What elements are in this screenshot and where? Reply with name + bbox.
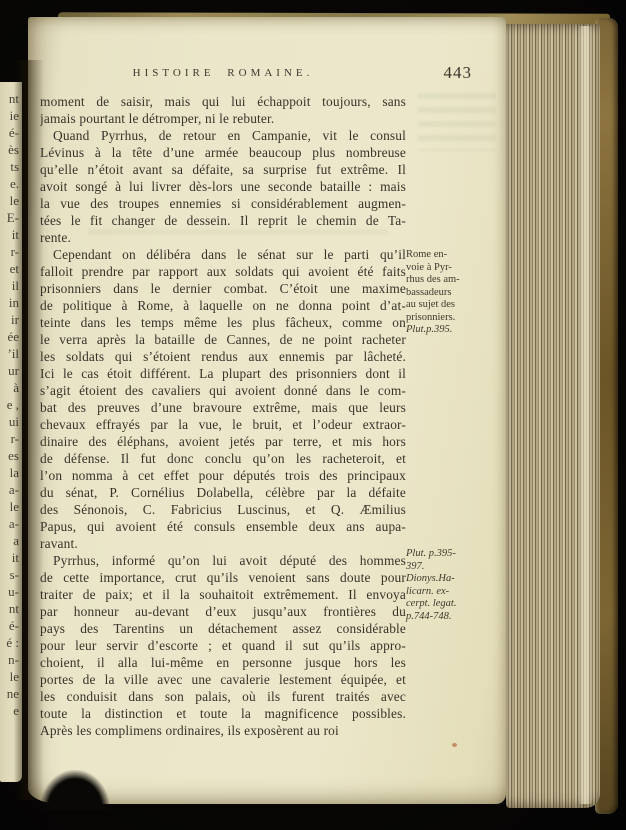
text-line: pays des Tarentins un détachement assez … bbox=[40, 620, 406, 637]
text-line: le verra après la bataille de Cannes, de… bbox=[40, 331, 406, 348]
facing-page-fragment: it bbox=[1, 226, 19, 243]
text-line: l’on nomma à cet effet pour députés troi… bbox=[40, 467, 406, 484]
facing-page-fragment: ur bbox=[1, 362, 19, 379]
facing-page-fragment: es bbox=[1, 447, 19, 464]
text-line: bat des preuves d’une bravoure extrême, … bbox=[40, 399, 406, 416]
text-line: les soldats qui s’étoient rendus aux enn… bbox=[40, 348, 406, 365]
margin-note-line: voie à Pyr- bbox=[406, 262, 486, 275]
bleed-through-ghost bbox=[418, 93, 496, 151]
facing-page-fragment: a- bbox=[1, 515, 19, 532]
book-photo: ntieé-èstse.leE-itr-etilinirée’iluràe ,u… bbox=[0, 0, 626, 830]
facing-page-fragment: é- bbox=[1, 617, 19, 634]
facing-page-fragment: il bbox=[1, 277, 19, 294]
facing-page-fragment: r- bbox=[1, 430, 19, 447]
facing-page-fragment: ui bbox=[1, 413, 19, 430]
text-line: la vue des troupes ennemies si considéra… bbox=[40, 195, 406, 212]
facing-page-fragment: nt bbox=[1, 90, 19, 107]
margin-note-citation-line: Plut. p.395- bbox=[406, 548, 486, 561]
facing-page-fragment: ée bbox=[1, 328, 19, 345]
running-title: HISTOIRE ROMAINE. bbox=[40, 67, 406, 79]
text-line: moment de saisir, mais qui lui échappoit… bbox=[40, 93, 406, 110]
facing-page-fragment: é- bbox=[1, 124, 19, 141]
text-line: portes de la ville avec une cavalerie le… bbox=[40, 671, 406, 688]
text-line: prisonniers dans le dernier combat. C’ét… bbox=[40, 280, 406, 297]
text-line: s’agit étoient des cavaliers qui avoient… bbox=[40, 382, 406, 399]
text-line: de cette importance, crut qu’ils venoien… bbox=[40, 569, 406, 586]
facing-page-fragment: ie bbox=[1, 107, 19, 124]
margin-note-citation-line: 397. bbox=[406, 561, 486, 574]
text-line: choient, il alla lui-même en personne ju… bbox=[40, 654, 406, 671]
facing-page-fragment: ne bbox=[1, 685, 19, 702]
text-line: les conduisit dans son palais, où ils fu… bbox=[40, 688, 406, 705]
facing-page-fragment: in bbox=[1, 294, 19, 311]
text-line: jamais pourtant le détromper, ni le rebu… bbox=[40, 110, 406, 127]
running-header: HISTOIRE ROMAINE. bbox=[40, 67, 406, 79]
facing-page-fragment: it bbox=[1, 549, 19, 566]
paragraph: Quand Pyrrhus, de retour en Campanie, vi… bbox=[40, 127, 406, 246]
facing-page-fragment: é : bbox=[1, 634, 19, 651]
facing-page-fragment: le bbox=[1, 668, 19, 685]
text-line: Quand Pyrrhus, de retour en Campanie, vi… bbox=[40, 127, 406, 144]
margin-note-citation-line: Dionys.Ha- bbox=[406, 573, 486, 586]
text-line: Après les complimens ordinaires, ils exp… bbox=[40, 722, 406, 739]
text-line: rente. bbox=[40, 229, 406, 246]
facing-page-fragment: e bbox=[1, 702, 19, 719]
text-line: Ici le cas étoit différent. La plupart d… bbox=[40, 365, 406, 382]
text-line: avoit songé à lui livrer dès-lors une se… bbox=[40, 178, 406, 195]
fore-edge-highlight bbox=[578, 26, 592, 804]
text-line: de défense. Il fut donc conclu qu’on les… bbox=[40, 450, 406, 467]
facing-page-fragment: a- bbox=[1, 481, 19, 498]
paper-stain bbox=[452, 743, 457, 747]
facing-page-fragment: ès bbox=[1, 141, 19, 158]
text-line: Papus, qui avoient été consuls ensemble … bbox=[40, 518, 406, 535]
text-line: ravant. bbox=[40, 535, 406, 552]
paragraph: Cependant on délibéra dans le sénat sur … bbox=[40, 246, 406, 552]
facing-page-fragment: le bbox=[1, 192, 19, 209]
text-line: du sénat, P. Cornélius Dolabella, célèbr… bbox=[40, 484, 406, 501]
text-line: pour leur servir d’escorte ; et quand il… bbox=[40, 637, 406, 654]
facing-page-text-fragments: ntieé-èstse.leE-itr-etilinirée’iluràe ,u… bbox=[1, 90, 19, 719]
facing-page-fragment: e. bbox=[1, 175, 19, 192]
facing-page-fragment: s- bbox=[1, 566, 19, 583]
facing-page-fragment: ts bbox=[1, 158, 19, 175]
paragraph: Pyrrhus, informé qu’on lui avoit député … bbox=[40, 552, 406, 739]
facing-page-fragment: r- bbox=[1, 243, 19, 260]
facing-page-fragment: et bbox=[1, 260, 19, 277]
paragraph: moment de saisir, mais qui lui échappoit… bbox=[40, 93, 406, 127]
text-line: chevaux effrayés par la vue, le bruit, e… bbox=[40, 416, 406, 433]
facing-page-fragment: ir bbox=[1, 311, 19, 328]
margin-note-line: au sujet des bbox=[406, 299, 486, 312]
page-number: 443 bbox=[444, 63, 473, 83]
facing-page-fragment: e , bbox=[1, 396, 19, 413]
facing-page-fragment: la bbox=[1, 464, 19, 481]
text-line: Cependant on délibéra dans le sénat sur … bbox=[40, 246, 406, 263]
text-line: Lévinus à la tête d’une armée beaucoup p… bbox=[40, 144, 406, 161]
margin-note-line: bassadeurs bbox=[406, 287, 486, 300]
book-page: HISTOIRE ROMAINE. 443 moment de saisir, … bbox=[28, 17, 506, 804]
text-line: par honneur au-devant d’eux jusqu’aux fr… bbox=[40, 603, 406, 620]
text-line: toute la distinction et toute la magnifi… bbox=[40, 705, 406, 722]
text-line: tées le fit changer de dessein. Il repri… bbox=[40, 212, 406, 229]
facing-page-fragment: a bbox=[1, 532, 19, 549]
text-line: traiter de paix; et il la souhaitoit ext… bbox=[40, 586, 406, 603]
text-line: de politique à Rome, à laquelle on ne do… bbox=[40, 297, 406, 314]
text-line: Pyrrhus, informé qu’on lui avoit député … bbox=[40, 552, 406, 569]
margin-note-2: Plut. p.395-397.Dionys.Ha-licarn. ex-cer… bbox=[406, 548, 486, 623]
text-line: qu’elle n’étoit avant sa défaite, sa sur… bbox=[40, 161, 406, 178]
facing-page-fragment: n- bbox=[1, 651, 19, 668]
text-line: dinaire des éléphans, avoient jetés par … bbox=[40, 433, 406, 450]
body-text: moment de saisir, mais qui lui échappoit… bbox=[40, 93, 406, 739]
margin-note-1: Rome en-voie à Pyr-rhus des am-bassadeur… bbox=[406, 249, 486, 337]
facing-page-fragment: E- bbox=[1, 209, 19, 226]
facing-page-fragment: ’il bbox=[1, 345, 19, 362]
facing-page-fragment: le bbox=[1, 498, 19, 515]
margin-note-line: prisonniers. bbox=[406, 312, 486, 325]
margin-note-citation-line: Plut.p.395. bbox=[406, 324, 486, 337]
margin-note-citation-line: licarn. ex- bbox=[406, 586, 486, 599]
margin-note-citation-line: cerpt. legat. bbox=[406, 598, 486, 611]
facing-page-edge: ntieé-èstse.leE-itr-etilinirée’iluràe ,u… bbox=[0, 82, 22, 782]
margin-note-line: Rome en- bbox=[406, 249, 486, 262]
facing-page-fragment: u- bbox=[1, 583, 19, 600]
text-line: falloit prendre par rapport aux soldats … bbox=[40, 263, 406, 280]
margin-note-citation-line: p.744-748. bbox=[406, 611, 486, 624]
text-line: des Sénonois, C. Fabricius Luscinus, et … bbox=[40, 501, 406, 518]
text-line: teinte dans les temps même les plus fâch… bbox=[40, 314, 406, 331]
facing-page-fragment: nt bbox=[1, 600, 19, 617]
gutter-bottom-shadow bbox=[40, 770, 110, 810]
margin-note-line: rhus des am- bbox=[406, 274, 486, 287]
facing-page-fragment: à bbox=[1, 379, 19, 396]
